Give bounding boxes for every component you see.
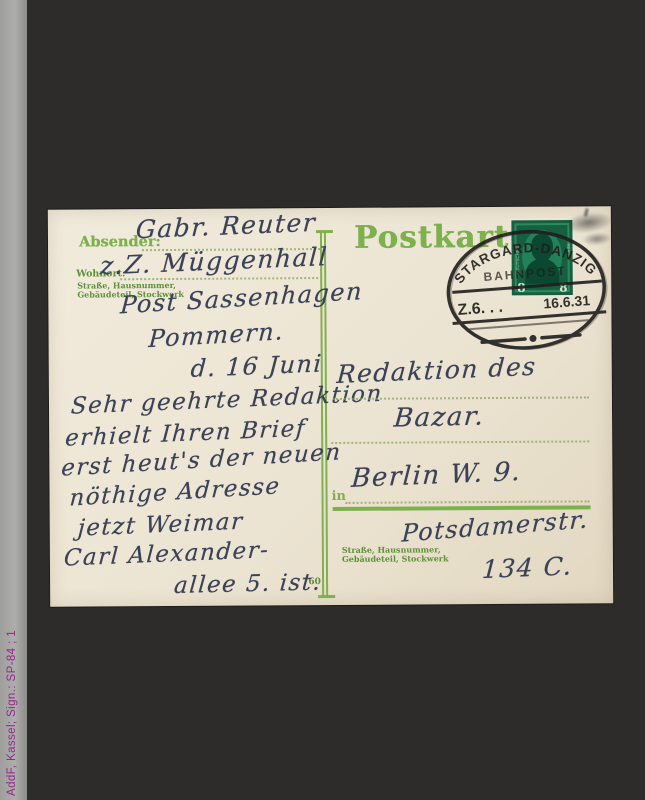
postage-stamp-icon: 8 8 DEUTSCHES REICH bbox=[509, 218, 575, 298]
address-dotted-line bbox=[333, 396, 589, 400]
handwriting-message-line: allee 5. ist. bbox=[173, 569, 323, 599]
postcard-title: Postkarte bbox=[354, 219, 530, 256]
stamp-side-text-left: DEUTSCHES bbox=[515, 246, 520, 274]
stamp-denomination-left: 8 bbox=[517, 281, 525, 295]
postmark-train-text: Z.6. . . bbox=[457, 299, 504, 319]
stamp-side-text-right: REICH bbox=[566, 244, 571, 258]
handwriting-street: Potsdamerstr. bbox=[401, 505, 589, 547]
handwriting-addressee: Redaktion des bbox=[336, 352, 538, 389]
address-dotted-line bbox=[331, 440, 589, 444]
postmark-flourish bbox=[482, 339, 525, 342]
city-dotted-line bbox=[346, 500, 590, 503]
handwriting-addressee-2: Bazar. bbox=[393, 401, 486, 433]
ink-smear bbox=[582, 231, 613, 246]
handwriting-sender-name: Gabr. Reuter bbox=[135, 208, 317, 245]
handwriting-house-number: 134 C. bbox=[481, 551, 574, 584]
handwriting-sender-region: Pommern. bbox=[148, 317, 285, 353]
handwriting-city: Berlin W. 9. bbox=[350, 457, 522, 494]
postcard-scan: Absender: Wohnort: Straße, Hausnummer, G… bbox=[48, 206, 613, 606]
handwriting-date: d. 16 Juni bbox=[190, 349, 324, 383]
ink-mark bbox=[584, 208, 589, 216]
in-label: in bbox=[332, 489, 346, 504]
archive-signature-label: AddF, Kassel; Sign.: SP-84 ; 1 bbox=[6, 586, 18, 796]
stamp-denomination-right: 8 bbox=[559, 281, 567, 295]
handwriting-message-line: Carl Alexander- bbox=[63, 537, 270, 572]
handwriting-message-line: jetzt Weimar bbox=[77, 509, 244, 542]
scanner-edge-strip: AddF, Kassel; Sign.: SP-84 ; 1 bbox=[0, 0, 27, 800]
scan-viewport: AddF, Kassel; Sign.: SP-84 ; 1 Absender:… bbox=[0, 0, 645, 800]
address-building-label: Gebäudeteil, Stockwerk bbox=[342, 554, 449, 564]
